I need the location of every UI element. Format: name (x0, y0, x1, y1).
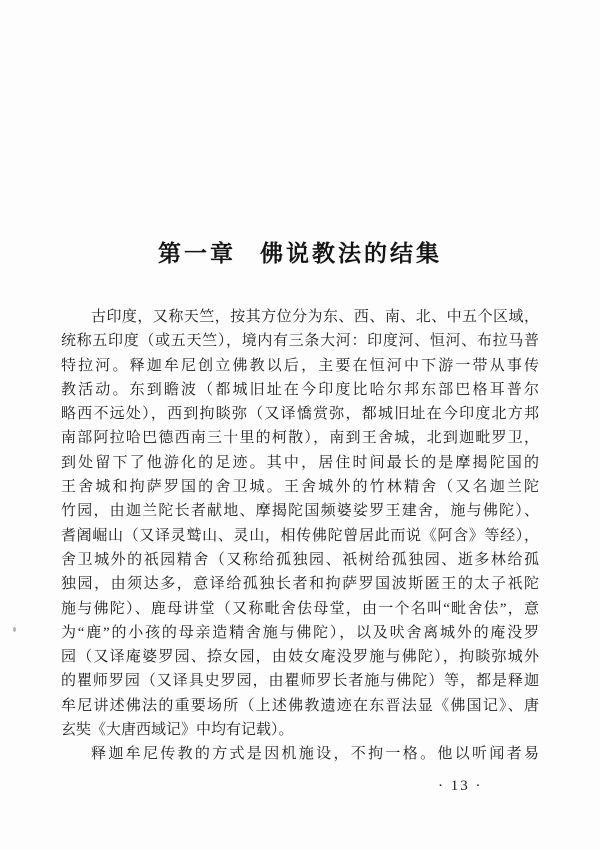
paragraph-2: 释迦牟尼传教的方式是因机施设，不拘一格。他以听闻者易 (61, 742, 539, 766)
text-line: 耆阇崛山（又译灵鹫山、灵山，相传佛陀曾居此而说《阿含》等经）， (61, 524, 539, 548)
body-text: 古印度，又称天竺，按其方位分为东、西、南、北、中五个区域， 统称五印度（或五天竺… (61, 305, 539, 767)
text-line: 古印度，又称天竺，按其方位分为东、西、南、北、中五个区域， (61, 305, 539, 329)
text-line: 为“鹿”的小孩的母亲造精舍施与佛陀），以及吠舍离城外的庵没罗 (61, 621, 539, 645)
text-line: 舍卫城外的祇园精舍（又称给孤独园、祇树给孤独园、逝多林给孤 (61, 548, 539, 572)
print-speck-artifact (13, 627, 16, 632)
text-line: 园（又译庵婆罗园、捺女园，由妓女庵没罗施与佛陀），拘睒弥城外 (61, 645, 539, 669)
text-line: 的瞿师罗园（又译具史罗园，由瞿师罗长者施与佛陀）等，都是释迦 (61, 669, 539, 693)
text-line: 南部阿拉哈巴德西南三十里的柯散），南到王舍城，北到迦毗罗卫， (61, 426, 539, 450)
text-line: 略西不远处），西到拘睒弥（又译憍赏弥，都城旧址在今印度北方邦 (61, 402, 539, 426)
page-number: · 13 · (438, 778, 483, 795)
text-line: 牟尼讲述佛法的重要场所（上述佛教遗迹在东晋法显《佛国记》、唐 (61, 694, 539, 718)
chapter-title: 佛说教法的结集 (260, 240, 442, 266)
text-line: 教活动。东到瞻波（都城旧址在今印度比哈尔邦东部巴格耳普尔 (61, 378, 539, 402)
text-line: 独园，由须达多，意译给孤独长者和拘萨罗国波斯匿王的太子祇陀 (61, 572, 539, 596)
chapter-number: 第一章 (158, 240, 236, 266)
text-line: 玄奘《大唐西域记》中均有记载）。 (61, 718, 539, 742)
paragraph-1: 古印度，又称天竺，按其方位分为东、西、南、北、中五个区域， 统称五印度（或五天竺… (61, 305, 539, 742)
chapter-heading: 第一章佛说教法的结集 (0, 239, 600, 267)
text-line: 竹园，由迦兰陀长者献地、摩揭陀国频婆娑罗王建舍，施与佛陀）、 (61, 499, 539, 523)
text-line: 施与佛陀）、鹿母讲堂（又称毗舍佉母堂，由一个名叫“毗舍佉”，意 (61, 597, 539, 621)
book-page: 第一章佛说教法的结集 古印度，又称天竺，按其方位分为东、西、南、北、中五个区域，… (0, 0, 600, 850)
text-line: 释迦牟尼传教的方式是因机施设，不拘一格。他以听闻者易 (61, 742, 539, 766)
text-line: 到处留下了他游化的足迹。其中，居住时间最长的是摩揭陀国的 (61, 451, 539, 475)
text-line: 王舍城和拘萨罗国的舍卫城。王舍城外的竹林精舍（又名迦兰陀 (61, 475, 539, 499)
text-line: 特拉河。释迦牟尼创立佛教以后，主要在恒河中下游一带从事传 (61, 354, 539, 378)
text-line: 统称五印度（或五天竺），境内有三条大河：印度河、恒河、布拉马普 (61, 329, 539, 353)
